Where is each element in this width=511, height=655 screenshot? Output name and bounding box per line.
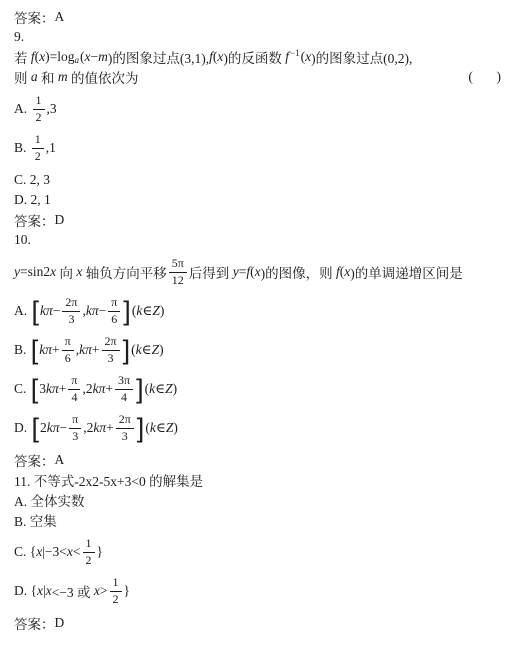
- text-run: B.: [14, 140, 30, 156]
- text-run: ∈: [142, 342, 152, 358]
- text-run: +: [106, 420, 114, 436]
- answer-value: A: [55, 9, 65, 25]
- q9-option-b: B. 12,1: [14, 131, 505, 165]
- text-run: 后得到: [189, 262, 233, 282]
- math-variable: kπ: [86, 303, 99, 319]
- left-bracket: [: [31, 376, 39, 403]
- fraction-numerator: 5π: [169, 257, 187, 273]
- fraction: π6: [108, 296, 120, 327]
- fraction-denominator: 6: [65, 351, 71, 366]
- text-run: |−3<: [42, 544, 67, 560]
- fraction: 12: [110, 576, 122, 607]
- left-bracket: [: [32, 298, 40, 325]
- text-run: 向: [56, 262, 76, 282]
- text-run: )的图象过点(3,1),: [108, 47, 209, 67]
- text-run: ∈: [155, 381, 165, 397]
- text-run: ,3: [47, 101, 57, 117]
- q9-option-a: A. 12,3: [14, 92, 505, 126]
- text-run: 2: [86, 381, 93, 397]
- math-variable: Z: [166, 420, 174, 436]
- right-bracket: ]: [137, 415, 145, 442]
- text-run: −: [99, 303, 107, 319]
- q11-option-b: B. 空集: [14, 510, 505, 530]
- fraction-numerator: 1: [32, 133, 44, 149]
- text-run: +: [105, 381, 113, 397]
- text-run: 答案：: [14, 7, 55, 27]
- text-run: ): [160, 303, 165, 319]
- text-run: )的反函数: [223, 47, 285, 67]
- text-run: C.: [14, 381, 30, 397]
- q10-option-c: C. [3kπ+π4,2kπ+3π4](k∈Z): [14, 372, 505, 406]
- math-variable: m: [58, 69, 68, 85]
- text-run: D.: [14, 420, 31, 436]
- text-run: D. 2, 1: [14, 192, 51, 208]
- page: 答案：A9.若 f(x)=loga(x−m)的图象过点(3,1),f(x)的反函…: [0, 0, 511, 633]
- math-variable: kπ: [40, 303, 53, 319]
- fraction-denominator: 3: [108, 351, 114, 366]
- fraction: 5π12: [169, 257, 187, 288]
- text-run: ,1: [46, 140, 56, 156]
- text-run: 3: [39, 381, 46, 397]
- math-variable: kπ: [93, 420, 106, 436]
- right-bracket: ]: [123, 337, 131, 364]
- q11-option-c: C. {x|−3<x<12}: [14, 535, 505, 569]
- text-run: −: [60, 420, 68, 436]
- right-bracket: ]: [123, 298, 131, 325]
- math-subscript: a: [75, 55, 80, 65]
- fraction-denominator: 2: [86, 553, 92, 568]
- fraction-denominator: 6: [111, 312, 117, 327]
- q9-stem-line-2: 则 a 和 m 的值依次为( ): [14, 67, 505, 87]
- text-run: C. {: [14, 544, 36, 560]
- math-variable: Z: [165, 381, 173, 397]
- fraction: 12: [83, 537, 95, 568]
- fraction-numerator: 3π: [115, 374, 133, 390]
- fraction: 12: [33, 94, 45, 125]
- text-run: D. {: [14, 583, 37, 599]
- q10-stem: y=sin2x 向 x 轴负方向平移5π12后得到 y=f(x)的图像，则 f(…: [14, 255, 505, 289]
- right-bracket: ]: [136, 376, 144, 403]
- fraction-numerator: π: [68, 374, 80, 390]
- text-run: ∈: [156, 420, 166, 436]
- fraction: π6: [62, 335, 74, 366]
- text-run: −: [53, 303, 61, 319]
- text-run: )的单调递增区间是: [350, 262, 463, 282]
- choice-parentheses: ( ): [468, 69, 501, 85]
- answer-value: D: [55, 615, 65, 631]
- text-run: =sin2: [20, 264, 50, 280]
- text-run: ): [173, 420, 178, 436]
- text-run: 10.: [14, 232, 31, 248]
- q9-option-d: D. 2, 1: [14, 190, 505, 210]
- text-run: <−3 或: [52, 581, 94, 601]
- text-run: B.: [14, 342, 30, 358]
- fraction: π3: [69, 413, 81, 444]
- q9-option-c: C. 2, 3: [14, 170, 505, 190]
- math-variable: kπ: [79, 342, 92, 358]
- math-variable: kπ: [39, 342, 52, 358]
- fraction-numerator: 2π: [102, 335, 120, 351]
- q9-number: 9.: [14, 27, 505, 47]
- fraction-denominator: 4: [121, 390, 127, 405]
- q11-option-d: D. {x|x<−3 或 x>12}: [14, 574, 505, 608]
- fraction-numerator: π: [108, 296, 120, 312]
- fraction-numerator: 2π: [62, 296, 80, 312]
- q8-answer: 答案：A: [14, 7, 505, 27]
- text-run: 的值依次为: [68, 67, 139, 87]
- text-run: A.: [14, 303, 31, 319]
- fraction-denominator: 3: [72, 429, 78, 444]
- text-run: 轴负方向平移: [82, 262, 166, 282]
- text-run: A. 全体实数: [14, 490, 85, 510]
- text-run: 2: [40, 420, 47, 436]
- math-variable: kπ: [47, 420, 60, 436]
- fraction-denominator: 4: [71, 390, 77, 405]
- q10-option-d: D. [2kπ−π3,2kπ+2π3](k∈Z): [14, 411, 505, 445]
- q10-option-b: B. [kπ+π6,kπ+2π3](k∈Z): [14, 333, 505, 367]
- text-run: −: [91, 49, 99, 65]
- text-run: +: [92, 342, 100, 358]
- math-variable: a: [31, 69, 38, 85]
- text-run: }: [124, 583, 130, 599]
- fraction-numerator: 2π: [116, 413, 134, 429]
- q10-answer: 答案：A: [14, 450, 505, 470]
- math-variable: f: [285, 49, 289, 65]
- text-run: )的图像，则: [261, 262, 336, 282]
- text-run: ): [159, 342, 164, 358]
- q11-stem: 11. 不等式-2x2-5x+3<0 的解集是: [14, 470, 505, 490]
- answer-value: D: [55, 212, 65, 228]
- math-superscript: −1: [290, 48, 300, 58]
- fraction-numerator: 1: [33, 94, 45, 110]
- math-variable: kπ: [46, 381, 59, 397]
- text-run: 若: [14, 47, 31, 67]
- q9-answer: 答案：D: [14, 210, 505, 230]
- fraction-denominator: 2: [35, 149, 41, 164]
- text-run: 9.: [14, 29, 24, 45]
- fraction: 12: [32, 133, 44, 164]
- text-run: +: [52, 342, 60, 358]
- text-run: }: [97, 544, 103, 560]
- math-variable: m: [98, 49, 108, 65]
- text-run: 和: [38, 67, 58, 87]
- q11-option-a: A. 全体实数: [14, 490, 505, 510]
- q10-option-a: A. [kπ−2π3,kπ−π6](k∈Z): [14, 294, 505, 328]
- fraction-numerator: π: [62, 335, 74, 351]
- text-run: 答案：: [14, 210, 55, 230]
- text-run: C. 2, 3: [14, 172, 50, 188]
- answer-value: A: [55, 452, 65, 468]
- fraction: 2π3: [62, 296, 80, 327]
- fraction-numerator: 1: [110, 576, 122, 592]
- text-run: 答案：: [14, 450, 55, 470]
- text-run: =: [239, 264, 247, 280]
- text-run: 2: [87, 420, 94, 436]
- fraction: π4: [68, 374, 80, 405]
- fraction: 2π3: [116, 413, 134, 444]
- fraction-denominator: 2: [36, 110, 42, 125]
- text-run: )的图象过点(0,2),: [311, 47, 412, 67]
- fraction-denominator: 3: [122, 429, 128, 444]
- text-run: ): [173, 381, 178, 397]
- fraction-numerator: π: [69, 413, 81, 429]
- text-run: 则: [14, 67, 31, 87]
- math-variable: Z: [152, 303, 160, 319]
- text-run: <: [73, 544, 81, 560]
- fraction-denominator: 2: [113, 592, 119, 607]
- left-bracket: [: [31, 337, 39, 364]
- text-run: A.: [14, 101, 31, 117]
- fraction-numerator: 1: [83, 537, 95, 553]
- q9-stem-line-1: 若 f(x)=loga(x−m)的图象过点(3,1),f(x)的反函数 f−1(…: [14, 47, 505, 67]
- text-run: B. 空集: [14, 510, 57, 530]
- text-run: )=log: [45, 49, 74, 65]
- fraction-denominator: 3: [68, 312, 74, 327]
- math-variable: kπ: [93, 381, 106, 397]
- text-run: +: [59, 381, 67, 397]
- math-variable: Z: [152, 342, 160, 358]
- fraction: 2π3: [102, 335, 120, 366]
- fraction-denominator: 12: [172, 273, 184, 288]
- text-run: >: [100, 583, 108, 599]
- fraction: 3π4: [115, 374, 133, 405]
- text-run: ∈: [142, 303, 152, 319]
- text-run: 答案：: [14, 613, 55, 633]
- text-run: 11. 不等式-2x2-5x+3<0 的解集是: [14, 470, 203, 490]
- left-bracket: [: [32, 415, 40, 442]
- q10-number: 10.: [14, 230, 505, 250]
- q11-answer: 答案：D: [14, 613, 505, 633]
